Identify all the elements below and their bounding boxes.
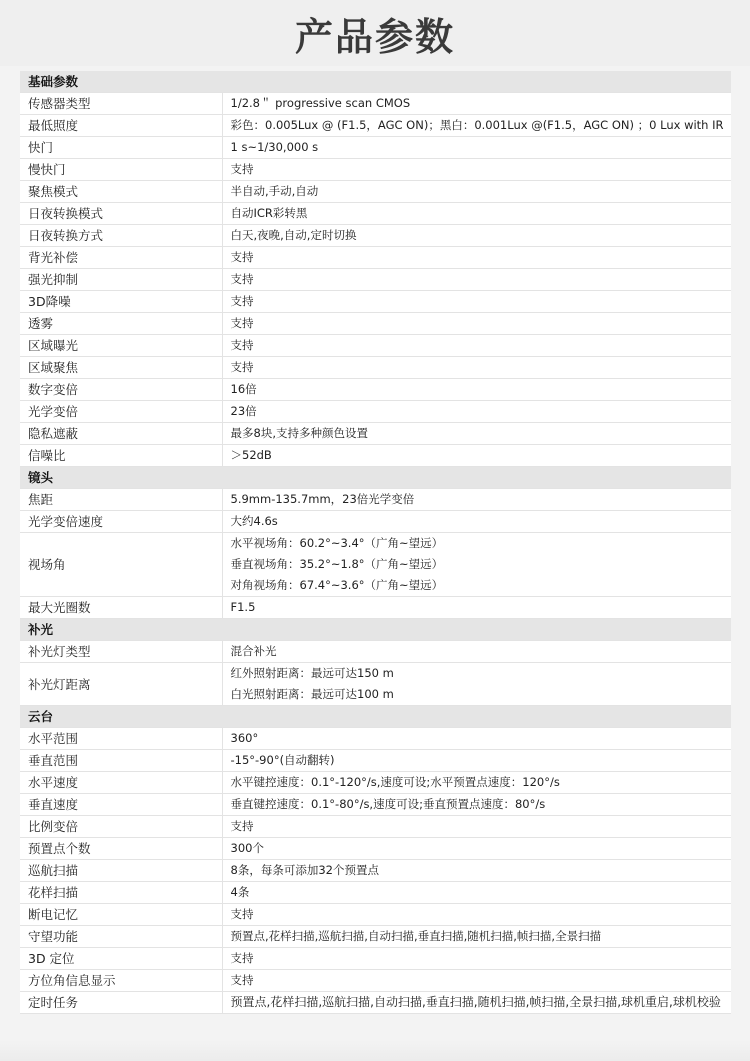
spec-label: 定时任务 xyxy=(20,992,222,1014)
title-bar: 产品参数 xyxy=(0,0,750,66)
spec-value: 支持 xyxy=(222,291,731,313)
spec-label: 比例变倍 xyxy=(20,816,222,838)
spec-value: -15°-90°(自动翻转) xyxy=(222,750,731,772)
spec-row: 聚焦模式半自动,手动,自动 xyxy=(20,181,731,203)
spec-value: ＞52dB xyxy=(222,445,731,467)
spec-row: 守望功能预置点,花样扫描,巡航扫描,自动扫描,垂直扫描,随机扫描,帧扫描,全景扫… xyxy=(20,926,731,948)
spec-label: 区域曝光 xyxy=(20,335,222,357)
spec-label: 传感器类型 xyxy=(20,93,222,115)
spec-label: 预置点个数 xyxy=(20,838,222,860)
spec-row: 垂直速度垂直键控速度：0.1°-80°/s,速度可设;垂直预置点速度：80°/s xyxy=(20,794,731,816)
spec-row: 区域聚焦支持 xyxy=(20,357,731,379)
spec-label: 最大光圈数 xyxy=(20,597,222,619)
spec-label: 日夜转换方式 xyxy=(20,225,222,247)
spec-label: 聚焦模式 xyxy=(20,181,222,203)
section-header: 基础参数 xyxy=(20,71,731,93)
spec-label: 水平速度 xyxy=(20,772,222,794)
spec-value: 大约4.6s xyxy=(222,511,731,533)
spec-label: 信噪比 xyxy=(20,445,222,467)
spec-value: 支持 xyxy=(222,357,731,379)
spec-value: 支持 xyxy=(222,948,731,970)
spec-label: 焦距 xyxy=(20,489,222,511)
spec-row: 比例变倍支持 xyxy=(20,816,731,838)
section-title: 镜头 xyxy=(20,467,731,489)
spec-row: 信噪比＞52dB xyxy=(20,445,731,467)
spec-label: 强光抑制 xyxy=(20,269,222,291)
spec-value: 水平键控速度：0.1°-120°/s,速度可设;水平预置点速度：120°/s xyxy=(222,772,731,794)
spec-value: 支持 xyxy=(222,904,731,926)
section-header: 镜头 xyxy=(20,467,731,489)
spec-value: 支持 xyxy=(222,247,731,269)
section-header: 补光 xyxy=(20,619,731,641)
spec-row: 补光灯类型混合补光 xyxy=(20,641,731,663)
spec-row: 日夜转换方式白天,夜晚,自动,定时切换 xyxy=(20,225,731,247)
spec-value: F1.5 xyxy=(222,597,731,619)
spec-row: 3D降噪支持 xyxy=(20,291,731,313)
spec-row: 背光补偿支持 xyxy=(20,247,731,269)
spec-row: 巡航扫描8条，每条可添加32个预置点 xyxy=(20,860,731,882)
spec-label: 慢快门 xyxy=(20,159,222,181)
spec-row: 视场角水平视场角：60.2°~3.4°（广角~望远）垂直视场角：35.2°~1.… xyxy=(20,533,731,597)
spec-row: 方位角信息显示支持 xyxy=(20,970,731,992)
spec-row: 3D 定位支持 xyxy=(20,948,731,970)
spec-label: 花样扫描 xyxy=(20,882,222,904)
spec-label: 守望功能 xyxy=(20,926,222,948)
spec-label: 光学变倍 xyxy=(20,401,222,423)
spec-row: 光学变倍23倍 xyxy=(20,401,731,423)
spec-table-body: 基础参数传感器类型1/2.8＂ progressive scan CMOS最低照… xyxy=(20,71,731,1014)
spec-row: 垂直范围-15°-90°(自动翻转) xyxy=(20,750,731,772)
page-title: 产品参数 xyxy=(295,6,455,61)
spec-row: 隐私遮蔽最多8块,支持多种颜色设置 xyxy=(20,423,731,445)
spec-label: 方位角信息显示 xyxy=(20,970,222,992)
spec-value: 300个 xyxy=(222,838,731,860)
spec-value: 水平视场角：60.2°~3.4°（广角~望远）垂直视场角：35.2°~1.8°（… xyxy=(222,533,731,597)
section-header: 云台 xyxy=(20,706,731,728)
spec-row: 传感器类型1/2.8＂ progressive scan CMOS xyxy=(20,93,731,115)
spec-value: 支持 xyxy=(222,335,731,357)
spec-row: 花样扫描4条 xyxy=(20,882,731,904)
spec-value: 支持 xyxy=(222,816,731,838)
section-title: 补光 xyxy=(20,619,731,641)
spec-label: 区域聚焦 xyxy=(20,357,222,379)
spec-label: 隐私遮蔽 xyxy=(20,423,222,445)
spec-label: 3D 定位 xyxy=(20,948,222,970)
background-footer xyxy=(0,1040,750,1061)
spec-label: 日夜转换模式 xyxy=(20,203,222,225)
spec-label: 光学变倍速度 xyxy=(20,511,222,533)
spec-row: 水平范围360° xyxy=(20,728,731,750)
spec-value: 最多8块,支持多种颜色设置 xyxy=(222,423,731,445)
spec-label: 巡航扫描 xyxy=(20,860,222,882)
spec-row: 焦距5.9mm-135.7mm，23倍光学变倍 xyxy=(20,489,731,511)
spec-label: 垂直速度 xyxy=(20,794,222,816)
spec-value: 彩色：0.005Lux @ (F1.5，AGC ON)；黑白：0.001Lux … xyxy=(222,115,731,137)
spec-label: 数字变倍 xyxy=(20,379,222,401)
spec-label: 透雾 xyxy=(20,313,222,335)
spec-value-line: 垂直视场角：35.2°~1.8°（广角~望远） xyxy=(231,554,732,575)
spec-row: 水平速度水平键控速度：0.1°-120°/s,速度可设;水平预置点速度：120°… xyxy=(20,772,731,794)
section-title: 云台 xyxy=(20,706,731,728)
spec-label: 快门 xyxy=(20,137,222,159)
spec-row: 补光灯距离红外照射距离：最远可达150 m白光照射距离：最远可达100 m xyxy=(20,663,731,706)
spec-value: 预置点,花样扫描,巡航扫描,自动扫描,垂直扫描,随机扫描,帧扫描,全景扫描 xyxy=(222,926,731,948)
spec-row: 快门1 s~1/30,000 s xyxy=(20,137,731,159)
spec-label: 3D降噪 xyxy=(20,291,222,313)
spec-row: 最大光圈数F1.5 xyxy=(20,597,731,619)
spec-value: 自动ICR彩转黑 xyxy=(222,203,731,225)
spec-row: 区域曝光支持 xyxy=(20,335,731,357)
spec-value: 支持 xyxy=(222,970,731,992)
spec-value: 23倍 xyxy=(222,401,731,423)
spec-value-line: 水平视场角：60.2°~3.4°（广角~望远） xyxy=(231,533,732,554)
spec-row: 断电记忆支持 xyxy=(20,904,731,926)
spec-label: 垂直范围 xyxy=(20,750,222,772)
spec-label: 补光灯距离 xyxy=(20,663,222,706)
spec-label: 视场角 xyxy=(20,533,222,597)
spec-value-line: 白光照射距离：最远可达100 m xyxy=(231,684,732,705)
spec-label: 水平范围 xyxy=(20,728,222,750)
spec-value: 1 s~1/30,000 s xyxy=(222,137,731,159)
spec-row: 强光抑制支持 xyxy=(20,269,731,291)
spec-value: 红外照射距离：最远可达150 m白光照射距离：最远可达100 m xyxy=(222,663,731,706)
spec-label: 最低照度 xyxy=(20,115,222,137)
section-title: 基础参数 xyxy=(20,71,731,93)
spec-value: 16倍 xyxy=(222,379,731,401)
spec-row: 预置点个数300个 xyxy=(20,838,731,860)
spec-value: 半自动,手动,自动 xyxy=(222,181,731,203)
spec-value-line: 红外照射距离：最远可达150 m xyxy=(231,663,732,684)
spec-label: 补光灯类型 xyxy=(20,641,222,663)
spec-row: 日夜转换模式自动ICR彩转黑 xyxy=(20,203,731,225)
spec-label: 背光补偿 xyxy=(20,247,222,269)
spec-value: 360° xyxy=(222,728,731,750)
spec-value: 混合补光 xyxy=(222,641,731,663)
spec-value: 支持 xyxy=(222,159,731,181)
spec-row: 慢快门支持 xyxy=(20,159,731,181)
spec-row: 定时任务预置点,花样扫描,巡航扫描,自动扫描,垂直扫描,随机扫描,帧扫描,全景扫… xyxy=(20,992,731,1014)
spec-value-line: 对角视场角：67.4°~3.6°（广角~望远） xyxy=(231,575,732,596)
spec-value: 8条，每条可添加32个预置点 xyxy=(222,860,731,882)
spec-value: 白天,夜晚,自动,定时切换 xyxy=(222,225,731,247)
spec-value: 支持 xyxy=(222,313,731,335)
spec-value: 预置点,花样扫描,巡航扫描,自动扫描,垂直扫描,随机扫描,帧扫描,全景扫描,球机… xyxy=(222,992,731,1014)
spec-table: 基础参数传感器类型1/2.8＂ progressive scan CMOS最低照… xyxy=(20,71,731,1014)
spec-value: 支持 xyxy=(222,269,731,291)
spec-value: 1/2.8＂ progressive scan CMOS xyxy=(222,93,731,115)
spec-row: 最低照度彩色：0.005Lux @ (F1.5，AGC ON)；黑白：0.001… xyxy=(20,115,731,137)
spec-row: 光学变倍速度大约4.6s xyxy=(20,511,731,533)
spec-row: 透雾支持 xyxy=(20,313,731,335)
spec-row: 数字变倍16倍 xyxy=(20,379,731,401)
spec-value: 4条 xyxy=(222,882,731,904)
spec-label: 断电记忆 xyxy=(20,904,222,926)
spec-value: 5.9mm-135.7mm，23倍光学变倍 xyxy=(222,489,731,511)
spec-value: 垂直键控速度：0.1°-80°/s,速度可设;垂直预置点速度：80°/s xyxy=(222,794,731,816)
